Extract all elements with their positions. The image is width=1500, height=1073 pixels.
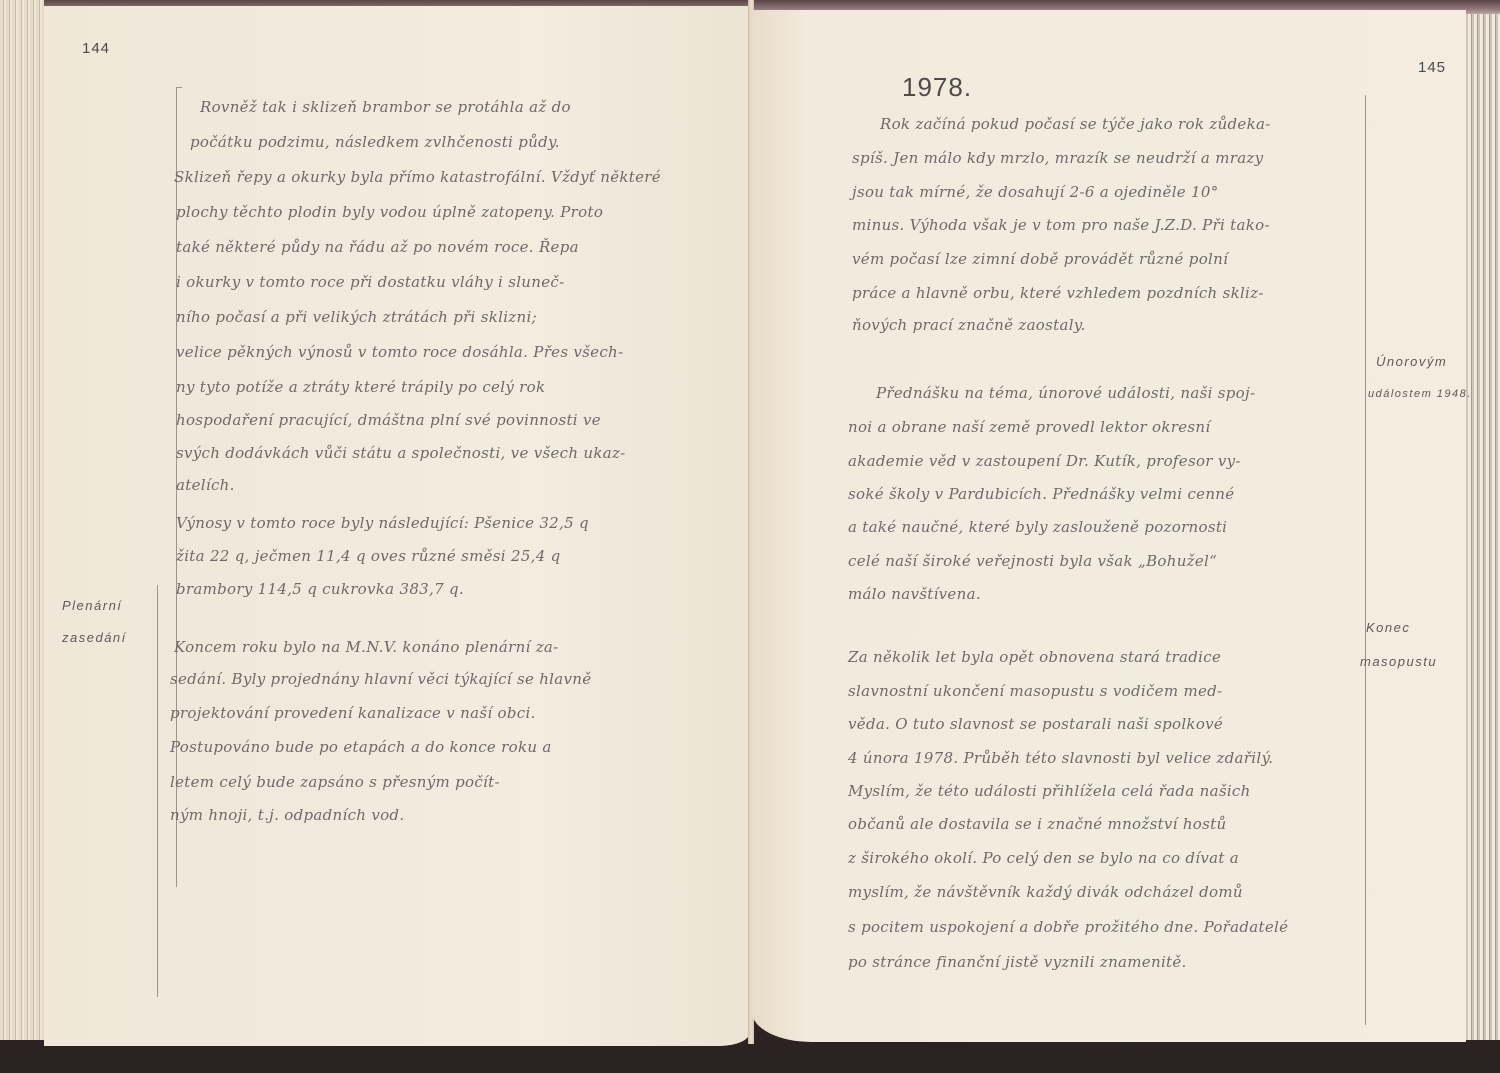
text-line: Sklizeň řepy a okurky byla přímo katastr… <box>174 170 661 185</box>
text-line: atelích. <box>176 478 235 493</box>
left-note-column-rule <box>157 585 158 997</box>
right-page-edges <box>1466 14 1500 1042</box>
text-line: ňových prací značně zaostaly. <box>852 318 1086 333</box>
margin-bracket <box>176 87 182 94</box>
text-line: Za několik let byla opět obnovena stará … <box>848 650 1221 665</box>
text-line: Výnosy v tomto roce byly následující: Pš… <box>176 516 589 531</box>
margin-label-carnival: masopustu <box>1360 654 1437 669</box>
text-line: počátku podzimu, následkem zvlhčenosti p… <box>190 135 560 150</box>
text-line: ního počasí a při velikých ztrátách při … <box>176 310 537 325</box>
text-line: málo navštívena. <box>848 587 981 602</box>
text-line: spíš. Jen málo kdy mrzlo, mrazík se neud… <box>852 151 1263 166</box>
text-line: Rok začíná pokud počasí se týče jako rok… <box>880 117 1271 132</box>
text-line: slavnostní ukončení masopustu s vodičem … <box>848 684 1222 699</box>
margin-label-february: Únorovým <box>1376 354 1447 369</box>
text-line: i okurky v tomto roce při dostatku vláhy… <box>176 275 564 290</box>
text-line: svých dodávkách vůči státu a společnosti… <box>176 446 626 461</box>
page-number-left: 144 <box>82 40 110 57</box>
text-line: Přednášku na téma, únorové události, naš… <box>876 386 1255 401</box>
text-line: s pocitem uspokojení a dobře prožitého d… <box>848 920 1288 935</box>
margin-label-plenary: zasedání <box>62 630 127 645</box>
page-number-right: 145 <box>1418 59 1446 76</box>
text-line: 4 února 1978. Průběh této slavnosti byl … <box>848 751 1273 766</box>
text-line: také některé půdy na řádu až po novém ro… <box>176 240 579 255</box>
text-line: práce a hlavně orbu, které vzhledem pozd… <box>852 286 1264 301</box>
year-heading: 1978. <box>902 72 972 103</box>
text-line: Koncem roku bylo na M.N.V. konáno plenár… <box>174 640 559 655</box>
margin-label-carnival: Konec <box>1366 620 1410 635</box>
text-line: Myslím, že této události přihlížela celá… <box>848 784 1251 799</box>
text-line: Postupováno bude po etapách a do konce r… <box>170 740 552 755</box>
text-line: jsou tak mírné, že dosahují 2-6 a ojedin… <box>852 185 1219 200</box>
text-line: brambory 114,5 q cukrovka 383,7 q. <box>176 582 464 597</box>
right-margin-rule <box>1365 95 1366 1025</box>
text-line: sedání. Byly projednány hlavní věci týka… <box>170 672 591 687</box>
text-line: po stránce finanční jistě vyznili znamen… <box>848 955 1187 970</box>
text-line: minus. Výhoda však je v tom pro naše J.Z… <box>852 218 1270 233</box>
text-line: ným hnoji, t.j. odpadních vod. <box>170 808 404 823</box>
text-line: ny tyto potíže a ztráty které trápily po… <box>176 380 545 395</box>
text-line: projektování provedení kanalizace v naší… <box>170 706 536 721</box>
text-line: a také naučné, které byly zaslouženě poz… <box>848 520 1227 535</box>
text-line: Rovněž tak i sklizeň brambor se protáhla… <box>200 100 571 115</box>
text-line: celé naší široké veřejnosti byla však „B… <box>848 554 1217 569</box>
text-line: velice pěkných výnosů v tomto roce dosáh… <box>176 345 623 360</box>
text-line: občanů ale dostavila se i značné množstv… <box>848 817 1226 832</box>
text-line: z širokého okolí. Po celý den se bylo na… <box>848 851 1239 866</box>
text-line: plochy těchto plodin byly vodou úplně za… <box>176 205 603 220</box>
text-line: akademie věd v zastoupení Dr. Kutík, pro… <box>848 454 1241 469</box>
text-line: myslím, že návštěvník každý divák odcház… <box>848 885 1243 900</box>
text-line: letem celý bude zapsáno s přesným počít- <box>170 775 500 790</box>
text-line: soké školy v Pardubicích. Přednášky velm… <box>848 487 1234 502</box>
text-line: věda. O tuto slavnost se postarali naši … <box>848 717 1223 732</box>
left-page-edges <box>0 0 44 1045</box>
text-line: vém počasí lze zimní době provádět různé… <box>852 252 1228 267</box>
margin-label-plenary: Plenární <box>62 598 122 613</box>
margin-label-february: událostem 1948. <box>1368 388 1472 400</box>
text-line: hospodaření pracující, dmáštna plní své … <box>176 413 601 428</box>
text-line: žita 22 q, ječmen 11,4 q oves různé směs… <box>176 549 561 564</box>
text-line: noi a obrane naší země provedl lektor ok… <box>848 420 1210 435</box>
